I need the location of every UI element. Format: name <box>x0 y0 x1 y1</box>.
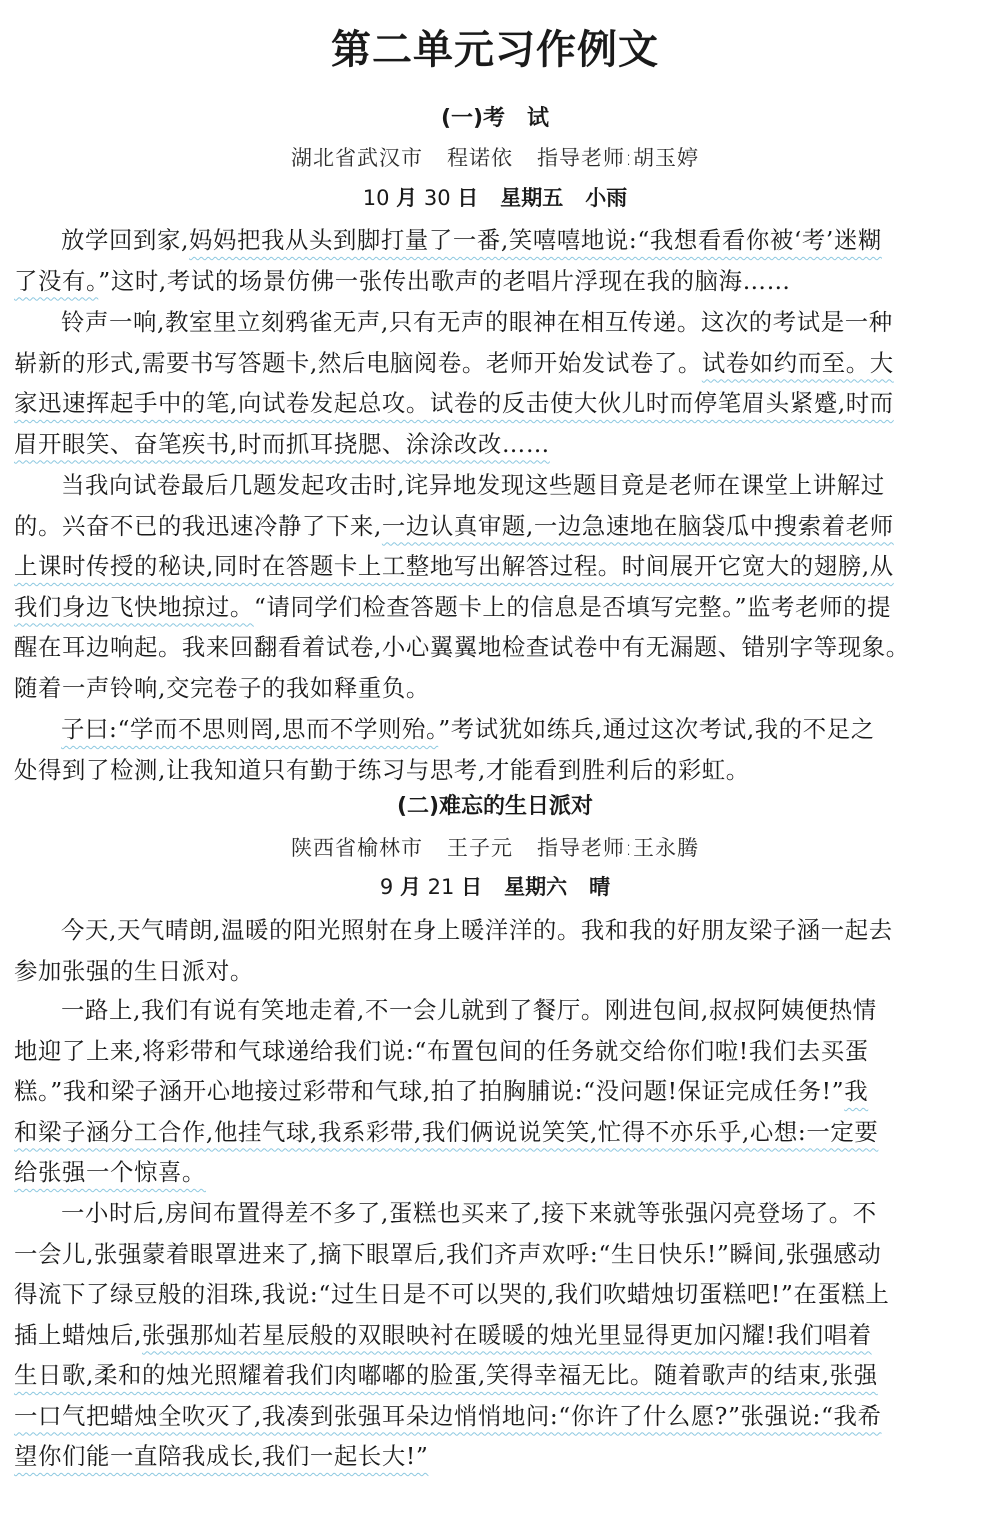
text-line: 处得到了检测,让我知道只有勤于练习与思考,才能看到胜利后的彩虹。 <box>14 750 976 791</box>
highlighted-sentence: 子曰:“学而不思则罔,思而不学则殆。 <box>61 715 438 743</box>
essay-2-location: 陕西省榆林市 <box>291 833 423 863</box>
essay-1-paragraph-2: 铃声一响,教室里立刻鸦雀无声,只有无声的眼神在相互传递。这次的考试是一种崭新的形… <box>14 302 976 464</box>
highlighted-sentence: 生日歌,柔和的烛光照耀着我们肉嘟嘟的脸蛋,笑得幸福无比。随着歌声的结束,张强 <box>14 1361 878 1389</box>
highlighted-sentence: 家迅速挥起手中的笔,向试卷发起总攻。试卷的反击使大伙儿时而停笔眉头紧蹙,时而 <box>14 389 894 417</box>
essay-2-day-num: 21 <box>428 875 455 899</box>
text-segment: 参加张强的生日派对。 <box>14 957 254 985</box>
text-line: 当我向试卷最后几题发起攻击时,诧异地发现这些题目竟是老师在课堂上讲解过 <box>14 465 976 506</box>
highlighted-sentence: 给张强一个惊喜。 <box>14 1158 206 1186</box>
highlighted-sentence: 一边认真审题,一边急速地在脑袋瓜中搜索着老师 <box>382 512 894 540</box>
text-segment: 崭新的形式,需要书写答题卡,然后电脑阅卷。老师开始发试卷了。 <box>14 349 702 377</box>
text-segment: 一路上,我们有说有笑地走着,不一会儿就到了餐厅。刚进包间,叔叔阿姨便热情 <box>61 996 877 1024</box>
text-line: 家迅速挥起手中的笔,向试卷发起总攻。试卷的反击使大伙儿时而停笔眉头紧蹙,时而 <box>14 383 976 424</box>
text-segment: 的。兴奋不已的我迅速冷静了下来, <box>14 512 382 540</box>
highlighted-sentence: 张强那灿若星辰般的双眼映衬在暖暖的烛光里显得更加闪耀!我们唱着 <box>142 1321 872 1349</box>
essay-1-day-num: 30 <box>424 186 451 210</box>
essay-2-paragraph-2: 一路上,我们有说有笑地走着,不一会儿就到了餐厅。刚进包间,叔叔阿姨便热情地迎了上… <box>14 990 976 1193</box>
essay-2-dateline: 9 月 21 日星期六晴 <box>0 872 990 902</box>
highlighted-sentence: 上课时传授的秘诀,同时在答题卡上工整地写出解答过程。时间展开它宽大的翅膀,从 <box>14 552 894 580</box>
text-line: 铃声一响,教室里立刻鸦雀无声,只有无声的眼神在相互传递。这次的考试是一种 <box>14 302 976 343</box>
text-segment: 一会儿,张强蒙着眼罩进来了,摘下眼罩后,我们齐声欢呼:“生日快乐!”瞬间,张强感… <box>14 1240 881 1268</box>
text-segment: ”这时,考试的场景仿佛一张传出歌声的老唱片浮现在我的脑海…… <box>98 267 790 295</box>
text-line: 给张强一个惊喜。 <box>14 1152 976 1193</box>
text-line: 糕。”我和梁子涵开心地接过彩带和气球,拍了拍胸脯说:“没问题!保证完成任务!”我 <box>14 1071 976 1112</box>
text-line: 一口气把蜡烛全吹灭了,我凑到张强耳朵边悄悄地问:“你许了什么愿?”张强说:“我希 <box>14 1396 976 1437</box>
text-line: 参加张强的生日派对。 <box>14 951 976 992</box>
text-line: 一小时后,房间布置得差不多了,蛋糕也买来了,接下来就等张强闪亮登场了。不 <box>14 1193 976 1234</box>
text-line: 插上蜡烛后,张强那灿若星辰般的双眼映衬在暖暖的烛光里显得更加闪耀!我们唱着 <box>14 1315 976 1356</box>
text-segment: 铃声一响,教室里立刻鸦雀无声,只有无声的眼神在相互传递。这次的考试是一种 <box>61 308 893 336</box>
essay-2-paragraph-1: 今天,天气晴朗,温暖的阳光照射在身上暖洋洋的。我和我的好朋友梁子涵一起去参加张强… <box>14 910 976 991</box>
highlighted-sentence: 和梁子涵分工合作,他挂气球,我系彩带,我们俩说说笑笑,忙得不亦乐乎,心想:一定要 <box>14 1118 878 1146</box>
essay-1-location: 湖北省武汉市 <box>291 143 423 173</box>
text-line: 生日歌,柔和的烛光照耀着我们肉嘟嘟的脸蛋,笑得幸福无比。随着歌声的结束,张强 <box>14 1355 976 1396</box>
text-segment: 插上蜡烛后, <box>14 1321 142 1349</box>
text-line: 崭新的形式,需要书写答题卡,然后电脑阅卷。老师开始发试卷了。试卷如约而至。大 <box>14 343 976 384</box>
essay-2-weekday: 星期六 <box>504 875 567 899</box>
text-segment: 随着一声铃响,交完卷子的我如释重负。 <box>14 674 430 702</box>
text-segment: 得流下了绿豆般的泪珠,我说:“过生日是不可以哭的,我们吹蜡烛切蛋糕吧!”在蛋糕上 <box>14 1280 889 1308</box>
essay-1-weekday: 星期五 <box>500 186 563 210</box>
essay-2-month-num: 9 <box>380 875 393 899</box>
text-line: 子曰:“学而不思则罔,思而不学则殆。”考试犹如练兵,通过这次考试,我的不足之 <box>14 709 976 750</box>
text-line: 随着一声铃响,交完卷子的我如释重负。 <box>14 668 976 709</box>
highlighted-sentence: 妈妈把我从头到脚打量了一番,笑嘻嘻地说:“我想看看你被‘考’迷糊 <box>189 226 882 254</box>
text-segment: 一小时后,房间布置得差不多了,蛋糕也买来了,接下来就等张强闪亮登场了。不 <box>61 1199 877 1227</box>
essay-2-teacher: 指导老师:王永腾 <box>537 833 699 863</box>
text-line: 放学回到家,妈妈把我从头到脚打量了一番,笑嘻嘻地说:“我想看看你被‘考’迷糊 <box>14 220 976 261</box>
text-line: 一会儿,张强蒙着眼罩进来了,摘下眼罩后,我们齐声欢呼:“生日快乐!”瞬间,张强感… <box>14 1234 976 1275</box>
essay-2-month-label: 月 <box>400 875 421 899</box>
text-line: 望你们能一直陪我成长,我们一起长大!” <box>14 1436 976 1477</box>
essay-1-dateline: 10 月 30 日星期五小雨 <box>0 183 990 213</box>
essay-1-month-num: 10 <box>363 186 390 210</box>
text-line: 了没有。”这时,考试的场景仿佛一张传出歌声的老唱片浮现在我的脑海…… <box>14 261 976 302</box>
essay-2-author: 王子元 <box>447 833 513 863</box>
text-segment: 处得到了检测,让我知道只有勤于练习与思考,才能看到胜利后的彩虹。 <box>14 756 750 784</box>
text-line: 我们身边飞快地掠过。“请同学们检查答题卡上的信息是否填写完整。”监考老师的提 <box>14 587 976 628</box>
text-segment: 地迎了上来,将彩带和气球递给我们说:“布置包间的任务就交给你们啦!我们去买蛋 <box>14 1037 869 1065</box>
essay-1-title: (一)考 试 <box>0 104 990 134</box>
text-line: 醒在耳边响起。我来回翻看着试卷,小心翼翼地检查试卷中有无漏题、错别字等现象。 <box>14 627 976 668</box>
essay-1-month-label: 月 <box>396 186 417 210</box>
text-line: 地迎了上来,将彩带和气球递给我们说:“布置包间的任务就交给你们啦!我们去买蛋 <box>14 1031 976 1072</box>
text-line: 上课时传授的秘诀,同时在答题卡上工整地写出解答过程。时间展开它宽大的翅膀,从 <box>14 546 976 587</box>
text-line: 得流下了绿豆般的泪珠,我说:“过生日是不可以哭的,我们吹蜡烛切蛋糕吧!”在蛋糕上 <box>14 1274 976 1315</box>
text-line: 和梁子涵分工合作,他挂气球,我系彩带,我们俩说说笑笑,忙得不亦乐乎,心想:一定要 <box>14 1112 976 1153</box>
essay-2-paragraph-3: 一小时后,房间布置得差不多了,蛋糕也买来了,接下来就等张强闪亮登场了。不一会儿,… <box>14 1193 976 1477</box>
highlighted-sentence: 试卷如约而至。大 <box>702 349 894 377</box>
essay-1-day-label: 日 <box>457 186 478 210</box>
highlighted-sentence: 眉开眼笑、奋笔疾书,时而抓耳挠腮、涂涂改改…… <box>14 430 550 458</box>
page-title: 第二单元习作例文 <box>0 22 990 78</box>
highlighted-sentence: 我 <box>844 1077 868 1105</box>
essay-2-title: (二)难忘的生日派对 <box>0 792 990 822</box>
text-segment: 醒在耳边响起。我来回翻看着试卷,小心翼翼地检查试卷中有无漏题、错别字等现象。 <box>14 633 910 661</box>
text-segment: 糕。”我和梁子涵开心地接过彩带和气球,拍了拍胸脯说:“没问题!保证完成任务!” <box>14 1077 844 1105</box>
highlighted-sentence: 望你们能一直陪我成长,我们一起长大!” <box>14 1442 428 1470</box>
text-segment: “请同学们检查答题卡上的信息是否填写完整。”监考老师的提 <box>254 593 891 621</box>
highlighted-sentence: 我们身边飞快地掠过。 <box>14 593 254 621</box>
essay-1-author: 程诺依 <box>447 143 513 173</box>
text-segment: 当我向试卷最后几题发起攻击时,诧异地发现这些题目竟是老师在课堂上讲解过 <box>61 471 885 499</box>
essay-2-weather: 晴 <box>589 875 610 899</box>
essay-2-day-label: 日 <box>461 875 482 899</box>
text-segment: 今天,天气晴朗,温暖的阳光照射在身上暖洋洋的。我和我的好朋友梁子涵一起去 <box>61 916 893 944</box>
essay-1-paragraph-4: 子曰:“学而不思则罔,思而不学则殆。”考试犹如练兵,通过这次考试,我的不足之处得… <box>14 709 976 790</box>
text-line: 一路上,我们有说有笑地走着,不一会儿就到了餐厅。刚进包间,叔叔阿姨便热情 <box>14 990 976 1031</box>
highlighted-sentence: 一口气把蜡烛全吹灭了,我凑到张强耳朵边悄悄地问:“你许了什么愿?”张强说:“我希 <box>14 1402 882 1430</box>
essay-1-byline: 湖北省武汉市程诺依指导老师:胡玉婷 <box>0 143 990 173</box>
text-line: 今天,天气晴朗,温暖的阳光照射在身上暖洋洋的。我和我的好朋友梁子涵一起去 <box>14 910 976 951</box>
essay-1-weather: 小雨 <box>585 186 627 210</box>
essay-2-byline: 陕西省榆林市王子元指导老师:王永腾 <box>0 833 990 863</box>
essay-1-teacher: 指导老师:胡玉婷 <box>537 143 699 173</box>
text-line: 眉开眼笑、奋笔疾书,时而抓耳挠腮、涂涂改改…… <box>14 424 976 465</box>
essay-1-paragraph-1: 放学回到家,妈妈把我从头到脚打量了一番,笑嘻嘻地说:“我想看看你被‘考’迷糊了没… <box>14 220 976 301</box>
text-segment: ”考试犹如练兵,通过这次考试,我的不足之 <box>438 715 874 743</box>
text-segment: 放学回到家, <box>61 226 189 254</box>
essay-1-paragraph-3: 当我向试卷最后几题发起攻击时,诧异地发现这些题目竟是老师在课堂上讲解过的。兴奋不… <box>14 465 976 708</box>
highlighted-sentence: 了没有。 <box>14 267 98 295</box>
text-line: 的。兴奋不已的我迅速冷静了下来,一边认真审题,一边急速地在脑袋瓜中搜索着老师 <box>14 506 976 547</box>
